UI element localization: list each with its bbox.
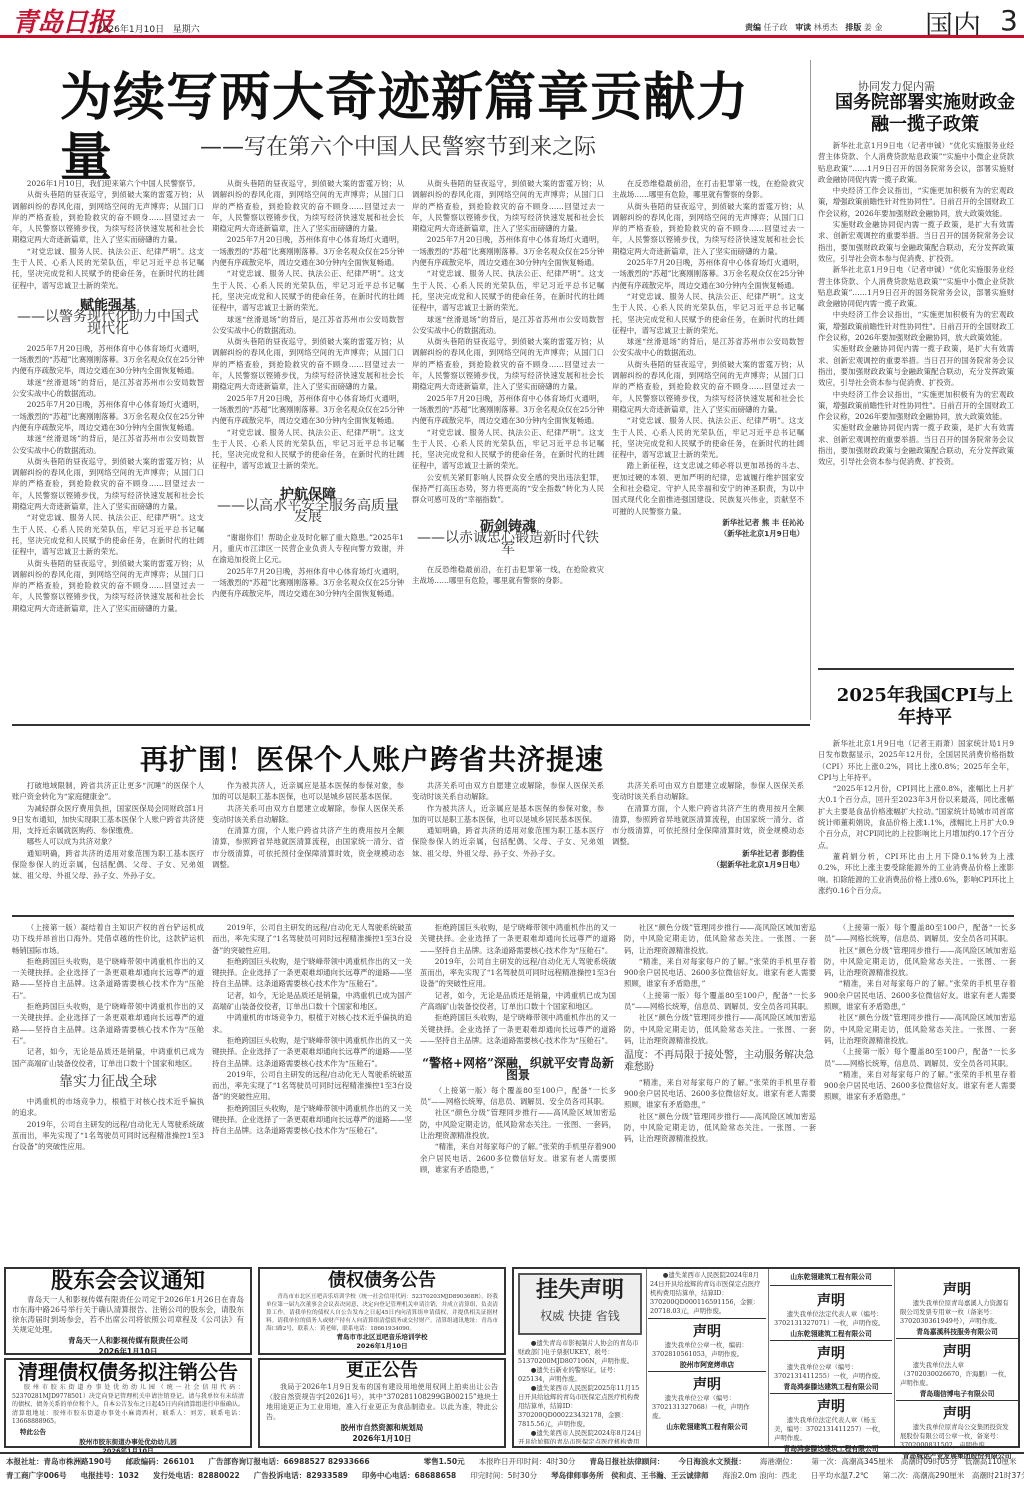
lead-column-1: 2026年1月10日，我们迎来第六个中国人民警察节。 从街头巷陌的昼夜巡守，到侦… [12, 178, 204, 718]
story-divider [818, 668, 1014, 670]
lead-headline: 为续写两大奇迹新篇章贡献力量 [60, 68, 760, 188]
section-divider [12, 915, 1014, 917]
medical-column-1: 打破地域限制，跨省共济正让更多“沉睡”的医保个人账户资金转化为“家庭健康金”。 … [12, 780, 204, 910]
medical-column-2: 作为被共济人，近亲属应是基本医保的参保对象，参加的可以是职工基本医保，也可以是城… [212, 780, 404, 910]
section-subheading: ——以高水平安全服务高质量发展 [212, 501, 404, 524]
continued-column-1: （上接第一版）凝结着自主知识产权的首台铲运机成功下线并昂首出口海外。凭借卓越的性… [12, 922, 204, 1252]
masthead-rule [0, 35, 1024, 38]
cpi-headline: 2025年我国CPI与上年持平 [830, 685, 1020, 729]
lead-subheadline: ——写在第六个中国人民警察节到来之际 [200, 130, 596, 161]
lead-column-4: 在反恐维稳最前沿，在打击犯罪第一线，在抢险救灾主战场……哪里有危险，哪里就有警察… [612, 178, 804, 718]
continued-column-5: （上接第一版）每个覆盖80至100户，配备“一长多员”——网格长统筹，信息员、调… [824, 922, 1016, 1252]
section-subheading: ——以警务现代化助力中国式现代化 [12, 312, 204, 335]
section-name: 国内 [925, 4, 981, 44]
page-number: 3 [1000, 4, 1018, 37]
section-heading: 靠实力征战全球 [12, 1077, 204, 1088]
medical-dateline: （据新华社北京1月9日电） [612, 859, 804, 870]
issue-date: 2026年1月10日 星期六 [97, 22, 200, 35]
continued-column-2: 2019年，公司自主研发的远程/自动化无人驾驶系统破茧而出，率先实现了“1名驾驶… [212, 922, 412, 1252]
declaration-column-1: ●遗失莱西市人民医院2024年8月24日开具给尬辉的青岛市医保定点医疗机构费用结… [648, 1271, 766, 1446]
shareholder-notice-ad: 股东会会议通知 青岛天一人和影视传媒有限责任公司定于2026年1月26日在青岛市… [4, 1267, 252, 1355]
declaration-column-3: 声明 遗失我单位原青岛嘉溪人力资源有限公司发票专用章一枚（备案号：3702030… [896, 1271, 1018, 1446]
continued-column-3: 拒绝跨国巨头收购，是宁晓峰带领中鸿重机作出的又一关键抉择。企业选择了一条更艰难却… [420, 922, 616, 1252]
editor-credits: 责编 任子政 审读 林勇杰 排版 姜 金 [745, 22, 882, 33]
medical-headline: 再扩围！医保个人账户跨省共济提速 [140, 738, 604, 778]
deregistration-notice-ad: 清理债权债务拟注销公告 胶州市胶东街道办事处优幼幼儿园（统一社会信用代码：523… [4, 1358, 252, 1448]
lost-declarations-block: 挂失声明 权威 快捷 省钱 ●遗失青岛市影视制片人协会的青岛市财政部门电子票据U… [512, 1267, 1020, 1448]
lead-dateline: （新华社北京1月9日电） [612, 528, 804, 539]
declaration-column-2: 山东乾翎建筑工程有限公司 声明 遗失我单位法定代表人章（编号：370213132… [770, 1271, 892, 1446]
footer: 本报社址：青岛市株洲路190号 邮政编码：266101 广告部咨询订报电话：66… [6, 1452, 1020, 1485]
lead-column-2: 从街头巷陌的昼夜巡守，到侦破大案的雷霆万钧；从调解纠纷的春风化雨，到网络空间的无… [212, 178, 404, 718]
lost-items-list: ●遗失青岛市影视制片人协会的青岛市财政部门电子票据UKEY，税号：5137020… [518, 1339, 642, 1444]
section-subheading: ——以赤诚忠心锻造新时代铁军 [412, 533, 604, 556]
right-story-body: 新华社北京1月9日电（记者申铖）“优化实施服务业经营主体贷款、个人消费贷款贴息政… [818, 140, 1014, 660]
lost-declaration-banner: 挂失声明 权威 快捷 省钱 [518, 1273, 642, 1335]
right-headline: 国务院部署实施财政金融一揽子政策 [830, 92, 1020, 136]
column-divider [810, 60, 811, 720]
correction-notice-ad: 更正公告 我局于2026年1月9日发布的国有建设用地使用权网上拍卖出让公告（胶自… [258, 1358, 506, 1448]
debt-notice-ad: 债权债务公告 青岛市市北区亘吧音乐培训学校（统一社会信用代码：52370203M… [258, 1267, 506, 1355]
medical-column-4: 共济关系可由双方自愿建立或解除，参保人医保关系变动时该关系自动解除。 在清算方面… [612, 780, 804, 910]
story-divider [12, 724, 810, 726]
cpi-story-body: 新华社北京1月9日电（记者王雨萧）国家统计局1月9日发布数据显示，2025年12… [818, 738, 1014, 910]
lead-byline: 新华社记者 熊 丰 任沁沁 [612, 517, 804, 528]
continued-right-headline: “警格+网格”深融，织就平安青岛新图景 [420, 1058, 616, 1081]
continued-column-4: 社区“颜色分级”管理同步推行——高风险区域加密巡防，中风险定期走访，低风险常态关… [624, 922, 816, 1252]
medical-column-3: 共济关系可由双方自愿建立或解除，参保人医保关系变动时该关系自动解除。 作为被共济… [412, 780, 604, 910]
section-heading: 温度：不再局限于接处警，主动服务解决急难愁盼 [624, 1050, 816, 1073]
lead-column-3: 从街头巷陌的昼夜巡守，到侦破大案的雷霆万钧；从调解纠纷的春风化雨，到网络空间的无… [412, 178, 604, 718]
medical-byline: 新华社记者 彭韵佳 [612, 848, 804, 859]
